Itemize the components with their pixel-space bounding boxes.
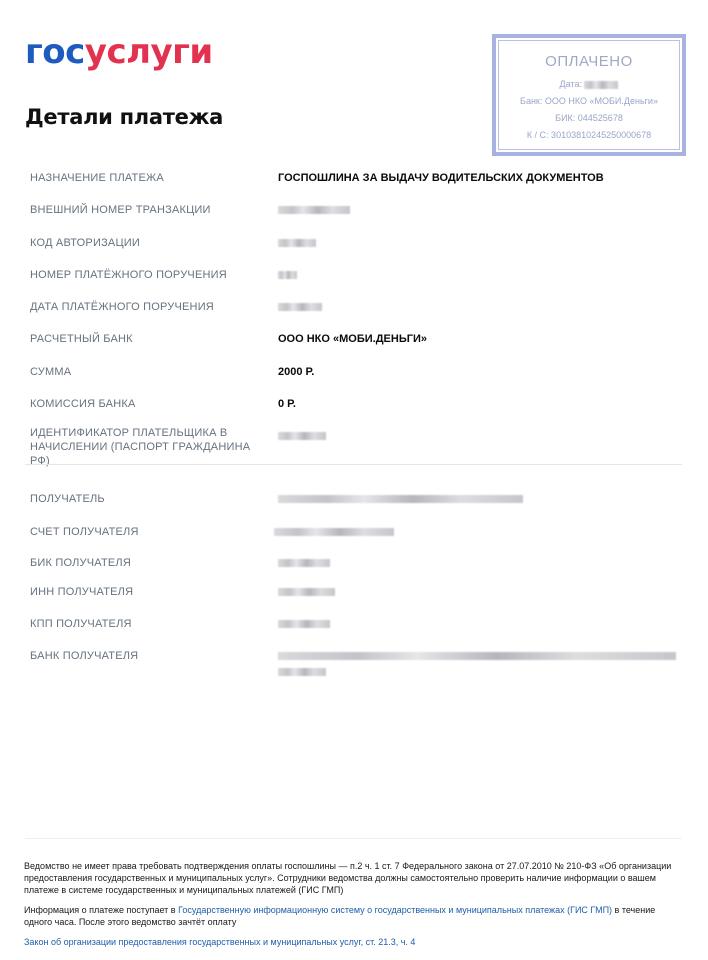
row-label: БИК ПОЛУЧАТЕЛЯ (30, 556, 265, 570)
row-label: СЧЕТ ПОЛУЧАТЕЛЯ (30, 525, 265, 539)
page-title: Детали платежа (25, 105, 223, 129)
footer-notes: Ведомство не имеет права требовать подтв… (24, 860, 684, 956)
logo-part-gos: гос (25, 32, 85, 72)
row-label: РАСЧЕТНЫЙ БАНК (30, 332, 265, 346)
row-label: КПП ПОЛУЧАТЕЛЯ (30, 617, 265, 631)
row-label: СУММА (30, 365, 265, 379)
paid-stamp: ОПЛАЧЕНО Дата: Банк: ООО НКО «МОБИ.Деньг… (492, 34, 686, 156)
gis-gmp-link[interactable]: Государственную информационную систему о… (178, 905, 612, 915)
row-value-redacted (278, 429, 326, 443)
gosuslugi-logo: госуслуги (25, 32, 213, 72)
row-value-redacted (278, 649, 676, 677)
row-value-redacted (278, 585, 335, 599)
row-value-redacted (278, 268, 297, 282)
row-label: ИНН ПОЛУЧАТЕЛЯ (30, 585, 265, 599)
row-label: ПОЛУЧАТЕЛЬ (30, 492, 265, 506)
stamp-bik: БИК: 044525678 (499, 110, 679, 127)
stamp-bank: Банк: ООО НКО «МОБИ.Деньги» (499, 93, 679, 110)
stamp-ks: К / С: 30103810245250000678 (499, 127, 679, 144)
footer-note-gis-gmp: Информация о платеже поступает в Государ… (24, 904, 684, 928)
note-text: Информация о платеже поступает в (24, 905, 178, 915)
footer-note-no-proof-required: Ведомство не имеет права требовать подтв… (24, 860, 684, 896)
row-value: 0 Р. (278, 397, 296, 411)
row-value: ГОСПОШЛИНА ЗА ВЫДАЧУ ВОДИТЕЛЬСКИХ ДОКУМЕ… (278, 171, 604, 185)
row-value-redacted (278, 236, 316, 250)
stamp-date-redacted (584, 81, 618, 89)
row-label: ВНЕШНИЙ НОМЕР ТРАНЗАКЦИИ (30, 203, 265, 217)
footer-law: Закон об организации предоставления госу… (24, 936, 684, 948)
row-value-redacted (278, 492, 523, 506)
row-label: ДАТА ПЛАТЁЖНОГО ПОРУЧЕНИЯ (30, 300, 265, 314)
row-value-redacted (278, 203, 350, 217)
logo-part-uslugi: услуги (85, 32, 213, 72)
row-value: 2000 Р. (278, 365, 314, 379)
stamp-date-label: Дата: (560, 79, 582, 89)
row-label: БАНК ПОЛУЧАТЕЛЯ (30, 649, 265, 663)
row-label: НОМЕР ПЛАТЁЖНОГО ПОРУЧЕНИЯ (30, 268, 265, 282)
row-value-redacted (278, 617, 330, 631)
row-value-redacted (278, 300, 322, 314)
stamp-title: ОПЛАЧЕНО (499, 53, 679, 70)
row-value-redacted (278, 556, 330, 570)
stamp-date: Дата: (499, 76, 679, 93)
row-label: КОМИССИЯ БАНКА (30, 397, 265, 411)
row-label: ИДЕНТИФИКАТОР ПЛАТЕЛЬЩИКА В НАЧИСЛЕНИИ (… (30, 426, 270, 468)
row-value: ООО НКО «МОБИ.ДЕНЬГИ» (278, 332, 427, 346)
section-divider (25, 464, 682, 465)
law-link[interactable]: Закон об организации предоставления госу… (24, 937, 415, 947)
row-label: НАЗНАЧЕНИЕ ПЛАТЕЖА (30, 171, 265, 185)
row-label: КОД АВТОРИЗАЦИИ (30, 236, 265, 250)
footer-divider (25, 838, 682, 839)
row-value-redacted (274, 525, 394, 539)
